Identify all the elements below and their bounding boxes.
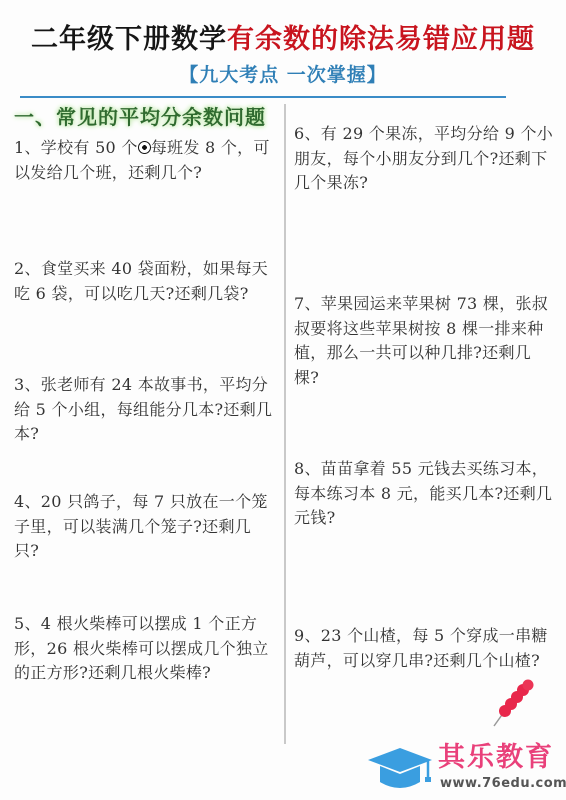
soccer-ball-icon <box>138 141 151 154</box>
page-title: 二年级下册数学有余数的除法易错应用题 <box>0 22 566 58</box>
question-2: 2、食堂买来 40 袋面粉，如果每天吃 6 袋，可以吃几天?还剩几袋? <box>14 257 276 306</box>
question-3: 3、张老师有 24 本故事书，平均分给 5 个小组，每组能分几本?还剩几本? <box>14 373 276 447</box>
brand-logo: 其乐教育 www.76edu.com <box>366 740 566 796</box>
title-topic-part: 有余数的除法易错应用题 <box>227 24 535 55</box>
question-1: 1、学校有 50 个每班发 8 个，可以发给几个班，还剩几个? <box>14 136 276 185</box>
brand-url: www.76edu.com <box>440 776 566 792</box>
question-9: 9、23 个山楂，每 5 个穿成一串糖葫芦，可以穿几串?还剩几个山楂? <box>294 624 556 673</box>
brand-name: 其乐教育 <box>438 742 554 774</box>
column-divider <box>284 104 286 744</box>
title-grade-part: 二年级下册数学 <box>31 24 227 55</box>
question-7: 7、苹果园运来苹果树 73 棵，张叔叔要将这些苹果树按 8 棵一排来种植，那么一… <box>294 292 556 390</box>
header-divider <box>20 96 506 98</box>
question-4: 4、20 只鸽子，每 7 只放在一个笼子里，可以装满几个笼子?还剩几只? <box>14 490 276 564</box>
candied-haws-icon <box>490 678 540 728</box>
question-1-text-start: 1、学校有 50 个 <box>14 138 138 157</box>
question-8: 8、苗苗拿着 55 元钱去买练习本，每本练习本 8 元，能买几本?还剩几元钱? <box>294 457 556 531</box>
question-6: 6、有 29 个果冻，平均分给 9 个小朋友，每个小朋友分到几个?还剩下几个果冻… <box>294 122 556 196</box>
graduation-cap-icon <box>366 744 438 794</box>
section-heading: 一、常见的平均分余数问题 <box>14 104 266 130</box>
question-5: 5、4 根火柴棒可以摆成 1 个正方形，26 根火柴棒可以摆成几个独立的正方形?… <box>14 612 276 686</box>
page-subtitle: 【九大考点 一次掌握】 <box>0 63 566 87</box>
worksheet-page: 二年级下册数学有余数的除法易错应用题 【九大考点 一次掌握】 一、常见的平均分余… <box>0 0 566 800</box>
